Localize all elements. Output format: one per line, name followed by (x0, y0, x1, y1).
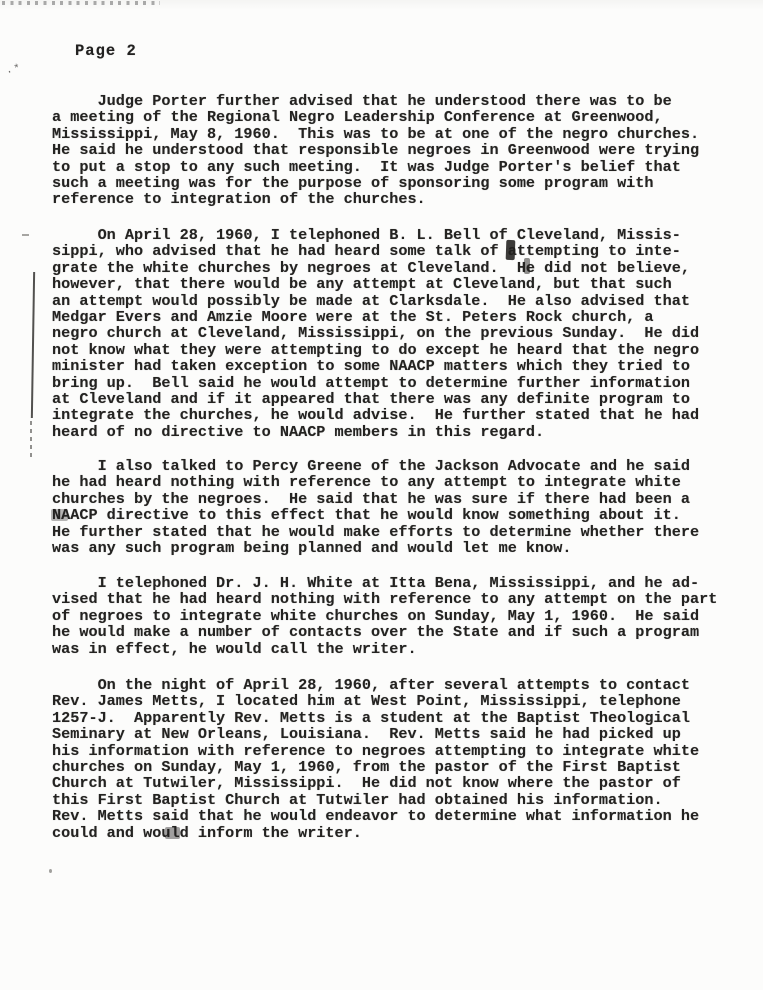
paragraph-rev-metts: On the night of April 28, 1960, after se… (52, 677, 699, 841)
document-page: Page 2 .* Judge Porter further advised t… (0, 0, 763, 990)
paragraph-bell-cleveland: On April 28, 1960, I telephoned B. L. Be… (52, 227, 699, 440)
ink-smudge-believe (524, 258, 530, 274)
ink-smudge-attempting (506, 240, 516, 260)
perforation-dots (2, 1, 160, 5)
ink-smudge-would (165, 827, 180, 839)
margin-emphasis-line-tail (30, 421, 32, 459)
page-number-label: Page 2 (75, 42, 137, 60)
paragraph-dr-white: I telephoned Dr. J. H. White at Itta Ben… (52, 575, 717, 657)
margin-scribble: .* (5, 63, 22, 77)
ink-smudge-naacp (51, 509, 68, 521)
paragraph-judge-porter: Judge Porter further advised that he und… (52, 93, 699, 208)
margin-emphasis-line (31, 272, 35, 418)
margin-dash-mark (22, 234, 29, 236)
paragraph-percy-greene: I also talked to Percy Greene of the Jac… (52, 458, 699, 556)
paper-speck (49, 869, 52, 873)
